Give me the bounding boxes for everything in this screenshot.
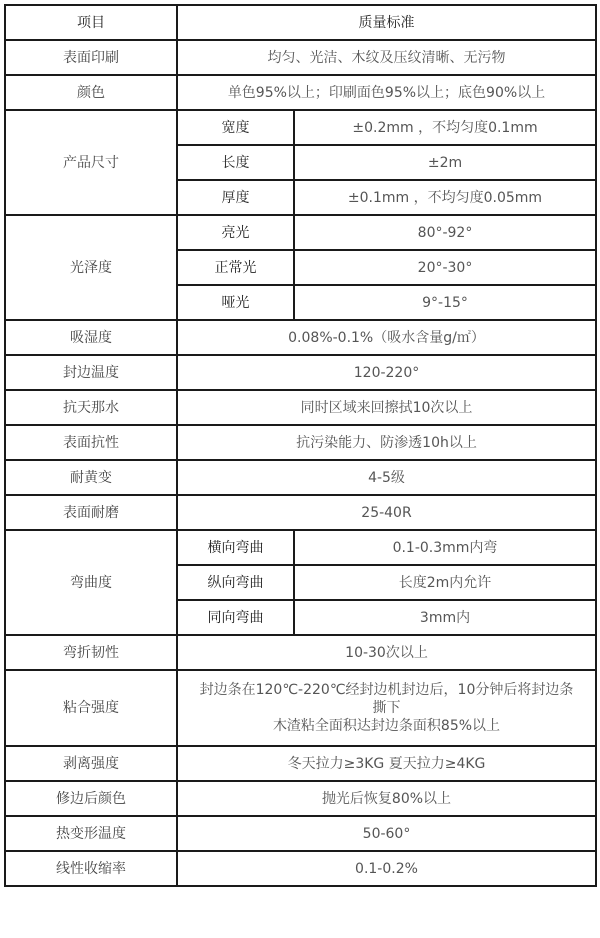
item-value: 0.08%-0.1%（吸水含量g/㎡）	[177, 320, 596, 355]
table-row: 抗天那水 同时区域来回擦拭10次以上	[5, 390, 596, 425]
sub-item-label: 哑光	[177, 285, 294, 320]
sub-item-label: 同向弯曲	[177, 600, 294, 635]
item-value: 抗污染能力、防渗透10h以上	[177, 425, 596, 460]
table-row: 表面印刷 均匀、光洁、木纹及压纹清晰、无污物	[5, 40, 596, 75]
item-value: 抛光后恢复80%以上	[177, 781, 596, 816]
item-value: 同时区域来回擦拭10次以上	[177, 390, 596, 425]
header-standard: 质量标准	[177, 5, 596, 40]
sub-item-value: 9°-15°	[294, 285, 596, 320]
item-label: 产品尺寸	[5, 110, 177, 215]
sub-item-value: 80°-92°	[294, 215, 596, 250]
sub-item-label: 正常光	[177, 250, 294, 285]
sub-item-label: 亮光	[177, 215, 294, 250]
item-label: 表面抗性	[5, 425, 177, 460]
item-label: 修边后颜色	[5, 781, 177, 816]
table-row: 修边后颜色 抛光后恢复80%以上	[5, 781, 596, 816]
table-row: 产品尺寸 宽度 ±0.2mm ，不均匀度0.1mm	[5, 110, 596, 145]
item-label: 抗天那水	[5, 390, 177, 425]
sub-item-value: ±0.1mm ，不均匀度0.05mm	[294, 180, 596, 215]
item-label: 表面耐磨	[5, 495, 177, 530]
item-value: 单色95%以上；印刷面色95%以上；底色90%以上	[177, 75, 596, 110]
table-row: 弯曲度 横向弯曲 0.1-0.3mm内弯	[5, 530, 596, 565]
item-value: 25-40R	[177, 495, 596, 530]
item-value: 50-60°	[177, 816, 596, 851]
item-label: 弯折韧性	[5, 635, 177, 670]
item-value: 均匀、光洁、木纹及压纹清晰、无污物	[177, 40, 596, 75]
table-row: 剥离强度 冬天拉力≥3KG 夏天拉力≥4KG	[5, 746, 596, 781]
sub-item-value: 0.1-0.3mm内弯	[294, 530, 596, 565]
sub-item-label: 宽度	[177, 110, 294, 145]
sub-item-value: 3mm内	[294, 600, 596, 635]
item-label: 弯曲度	[5, 530, 177, 635]
item-label: 吸湿度	[5, 320, 177, 355]
value-line: 封边条在120℃-220℃经封边机封边后，10分钟后将封边条	[180, 681, 593, 699]
item-label: 粘合强度	[5, 670, 177, 746]
item-value-multiline: 封边条在120℃-220℃经封边机封边后，10分钟后将封边条 撕下 木渣粘全面积…	[177, 670, 596, 746]
table-row: 表面抗性 抗污染能力、防渗透10h以上	[5, 425, 596, 460]
table-header-row: 项目 质量标准	[5, 5, 596, 40]
table-row: 光泽度 亮光 80°-92°	[5, 215, 596, 250]
table-row: 颜色 单色95%以上；印刷面色95%以上；底色90%以上	[5, 75, 596, 110]
value-line: 撕下	[180, 699, 593, 717]
item-value: 0.1-0.2%	[177, 851, 596, 886]
table-row: 弯折韧性 10-30次以上	[5, 635, 596, 670]
item-label: 颜色	[5, 75, 177, 110]
table-row: 线性收缩率 0.1-0.2%	[5, 851, 596, 886]
item-label: 光泽度	[5, 215, 177, 320]
table-row: 粘合强度 封边条在120℃-220℃经封边机封边后，10分钟后将封边条 撕下 木…	[5, 670, 596, 746]
item-value: 10-30次以上	[177, 635, 596, 670]
item-label: 耐黄变	[5, 460, 177, 495]
table-row: 热变形温度 50-60°	[5, 816, 596, 851]
table-row: 耐黄变 4-5级	[5, 460, 596, 495]
sub-item-value: 长度2m内允许	[294, 565, 596, 600]
sub-item-value: 20°-30°	[294, 250, 596, 285]
item-label: 线性收缩率	[5, 851, 177, 886]
item-value: 4-5级	[177, 460, 596, 495]
quality-standard-table: 项目 质量标准 表面印刷 均匀、光洁、木纹及压纹清晰、无污物 颜色 单色95%以…	[4, 4, 597, 887]
sub-item-label: 长度	[177, 145, 294, 180]
item-label: 表面印刷	[5, 40, 177, 75]
sub-item-label: 横向弯曲	[177, 530, 294, 565]
item-value: 冬天拉力≥3KG 夏天拉力≥4KG	[177, 746, 596, 781]
sub-item-label: 纵向弯曲	[177, 565, 294, 600]
sub-item-value: ±2m	[294, 145, 596, 180]
sub-item-label: 厚度	[177, 180, 294, 215]
item-label: 剥离强度	[5, 746, 177, 781]
item-label: 热变形温度	[5, 816, 177, 851]
value-line: 木渣粘全面积达封边条面积85%以上	[180, 717, 593, 735]
item-value: 120-220°	[177, 355, 596, 390]
item-label: 封边温度	[5, 355, 177, 390]
table-row: 表面耐磨 25-40R	[5, 495, 596, 530]
table-row: 吸湿度 0.08%-0.1%（吸水含量g/㎡）	[5, 320, 596, 355]
sub-item-value: ±0.2mm ，不均匀度0.1mm	[294, 110, 596, 145]
header-item: 项目	[5, 5, 177, 40]
table-row: 封边温度 120-220°	[5, 355, 596, 390]
